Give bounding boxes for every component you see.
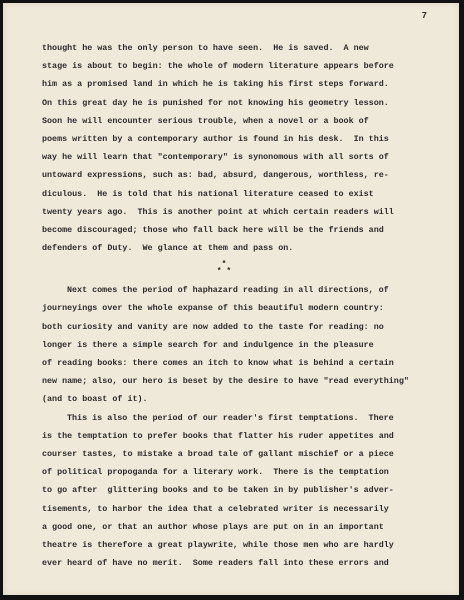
text-line: to go after glittering books and to be t… xyxy=(42,481,442,499)
text-line: longer is there a simple search for and … xyxy=(42,336,442,354)
text-line: theatre is therefore a great playwrite, … xyxy=(42,536,442,554)
text-line: a good one, or that an author whose play… xyxy=(42,518,442,536)
page-number: 7 xyxy=(422,11,427,21)
text-line: Soon he will encounter serious trouble, … xyxy=(42,112,442,130)
text-line: (and to boast of it). xyxy=(42,390,442,408)
text-line: is the temptation to prefer books that f… xyxy=(42,427,442,445)
text-line: journeyings over the whole expanse of th… xyxy=(42,299,442,317)
text-line: This is also the period of our reader's … xyxy=(42,409,442,427)
page-body: thought he was the only person to have s… xyxy=(42,39,442,572)
text-line: poems written by a contemporary author i… xyxy=(42,130,442,148)
text-line: him as a promised land in which he is ta… xyxy=(42,75,442,93)
section-separator: * * * xyxy=(24,257,424,281)
typewritten-page: 7 thought he was the only person to have… xyxy=(3,3,459,595)
text-line: defenders of Duty. We glance at them and… xyxy=(42,239,442,257)
asterisk-bottom: * * xyxy=(24,268,424,275)
text-line: Next comes the period of haphazard readi… xyxy=(42,281,442,299)
text-line: untoward expressions, such as: bad, absu… xyxy=(42,166,442,184)
text-line: of political propoganda for a literary w… xyxy=(42,463,442,481)
text-line: ever heard of have no merit. Some reader… xyxy=(42,554,442,572)
text-line: way he will learn that "contemporary" is… xyxy=(42,148,442,166)
text-line: new name; also, our hero is beset by the… xyxy=(42,372,442,390)
text-line: On this great day he is punished for not… xyxy=(42,94,442,112)
text-line: both curiosity and vanity are now added … xyxy=(42,318,442,336)
text-line: diculous. He is told that his national l… xyxy=(42,185,442,203)
text-line: become discouraged; those who fall back … xyxy=(42,221,442,239)
paragraph-1: thought he was the only person to have s… xyxy=(42,39,442,257)
text-line: tisements, to harbor the idea that a cel… xyxy=(42,500,442,518)
paragraph-3: This is also the period of our reader's … xyxy=(42,409,442,573)
text-line: twenty years ago. This is another point … xyxy=(42,203,442,221)
text-line: thought he was the only person to have s… xyxy=(42,39,442,57)
paragraph-2: Next comes the period of haphazard readi… xyxy=(42,281,442,408)
text-line: of reading books: there comes an itch to… xyxy=(42,354,442,372)
text-line: courser tastes, to mistake a broad tale … xyxy=(42,445,442,463)
text-line: stage is about to begin: the whole of mo… xyxy=(42,57,442,75)
